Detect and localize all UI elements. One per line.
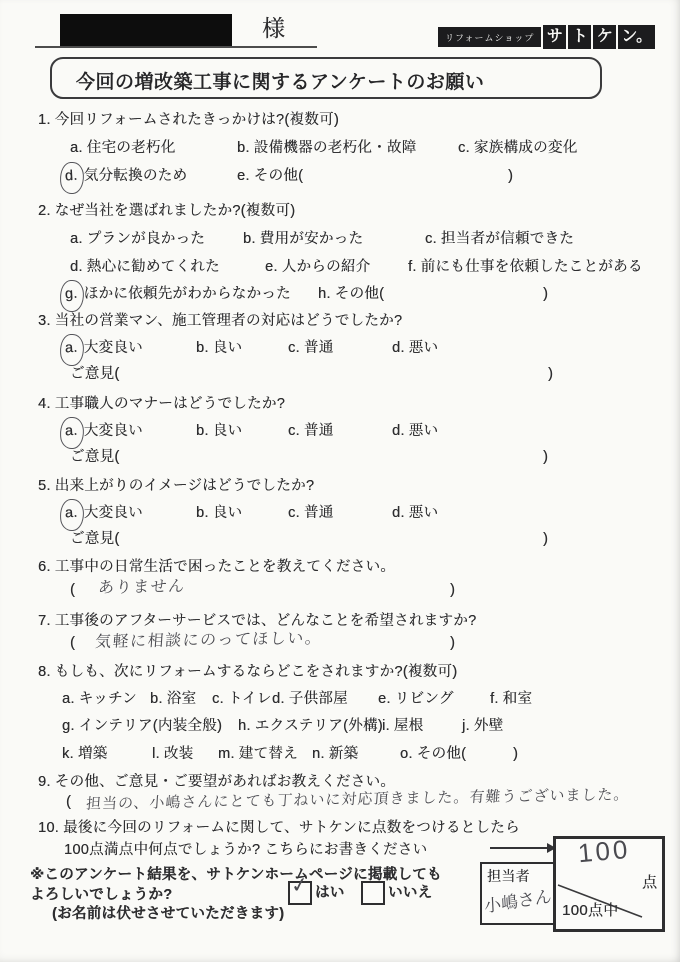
q1-option-b: b.設備機器の老朽化・故障 — [237, 138, 417, 158]
q3-comment-label: ご意見( — [70, 364, 120, 384]
q8-option-c: c.トイレ — [212, 689, 272, 709]
q1-text: 1.今回リフォームされたきっかけは?(複数可) — [38, 110, 339, 130]
q1-paren-close: ) — [508, 166, 513, 186]
q5-option-b: b.良い — [196, 503, 242, 523]
q3-option-a-circled: a.大変良い — [67, 338, 143, 358]
q4-comment-label: ご意見( — [70, 447, 120, 467]
publish-note-line3: (お名前は伏せさせていただきます) — [52, 904, 284, 924]
handwritten-circle: a. — [59, 498, 84, 531]
q2-option-h: h.その他( — [318, 284, 384, 304]
name-honorific: 様 — [262, 18, 285, 38]
score-denominator-label: 100点中 — [562, 901, 619, 921]
survey-title: 今回の増改築工事に関するアンケートのお願い — [76, 67, 484, 94]
q8-option-a: a.キッチン — [62, 689, 137, 709]
q8-paren-close: ) — [513, 744, 518, 764]
q8-option-j: j.外壁 — [462, 716, 503, 736]
q8-option-g: g.インテリア(内装全般) — [62, 716, 222, 736]
q2-option-g-circled: g.ほかに依頼先がわからなかった — [67, 284, 291, 304]
q2-option-b: b.費用が安かった — [243, 229, 363, 249]
handwritten-circle: a. — [59, 333, 84, 366]
handwritten-circle: g. — [59, 279, 84, 312]
q8-option-b: b.浴室 — [150, 689, 196, 709]
q5-option-d: d.悪い — [392, 503, 438, 523]
q5-option-c: c.普通 — [288, 503, 334, 523]
handwritten-circle: a. — [59, 416, 84, 449]
q6-paren-open: ( — [70, 580, 75, 600]
score-value-handwritten: 100 — [577, 839, 631, 863]
q3-option-b: b.良い — [196, 338, 242, 358]
staff-box: 担当者 小嶋さん — [480, 862, 557, 925]
publish-note-line2: よろしいでしょうか? — [30, 885, 172, 905]
q5-comment-label: ご意見( — [70, 529, 120, 549]
q2-text: 2.なぜ当社を選ばれましたか?(複数可) — [38, 201, 295, 221]
arrow-line — [490, 847, 547, 849]
q4-option-d: d.悪い — [392, 421, 438, 441]
q6-text: 6.工事中の日常生活で困ったことを教えてください。 — [38, 557, 395, 577]
q8-option-m: m.建て替え — [218, 744, 298, 764]
q6-handwritten-answer: ありません — [97, 577, 186, 599]
q8-text: 8.もしも、次にリフォームするならどこをされますか?(複数可) — [38, 662, 457, 682]
logo-brand-char: ト — [568, 25, 591, 49]
q8-option-i: i.屋根 — [382, 716, 423, 736]
q2-option-c: c.担当者が信頼できた — [425, 229, 574, 249]
q4-option-c: c.普通 — [288, 421, 334, 441]
checkbox-yes-label: はい — [315, 883, 345, 903]
q7-text: 7.工事後のアフターサービスでは、どんなことを希望されますか? — [38, 611, 476, 631]
q8-option-f: f.和室 — [490, 689, 532, 709]
score-unit-label: 点 — [642, 873, 657, 893]
redacted-name-box — [60, 14, 232, 47]
q2-option-e: e.人からの紹介 — [265, 257, 371, 277]
q1-option-d-circled: d.気分転換のため — [67, 166, 187, 186]
staff-label: 担当者 — [487, 866, 530, 886]
q4-option-b: b.良い — [196, 421, 242, 441]
q10-text-line1: 10.最後に今回のリフォームに関して、サトケンに点数をつけるとしたら — [38, 818, 520, 838]
q3-option-c: c.普通 — [288, 338, 334, 358]
q2-option-f: f.前にも仕事を依頼したことがある — [408, 257, 643, 277]
q4-text: 4.工事職人のマナーはどうでしたか? — [38, 394, 285, 414]
q1-option-a: a.住宅の老朽化 — [70, 138, 176, 158]
logo-brand-char: サ — [543, 25, 566, 49]
q1-option-c: c.家族構成の変化 — [458, 138, 578, 158]
q4-paren-close: ) — [543, 447, 548, 467]
q7-paren-close: ) — [450, 633, 455, 653]
q2-paren-close: ) — [543, 284, 548, 304]
name-underline — [35, 46, 317, 48]
q3-paren-close: ) — [548, 364, 553, 384]
q7-handwritten-answer: 気軽に相談にのってほしい。 — [94, 629, 323, 653]
q8-option-o: o.その他( — [400, 744, 466, 764]
checkbox-no-label: いいえ — [388, 883, 432, 903]
q4-option-a-circled: a.大変良い — [67, 421, 143, 441]
q8-option-k: k.増築 — [62, 744, 108, 764]
q6-paren-close: ) — [450, 580, 455, 600]
q5-paren-close: ) — [543, 529, 548, 549]
checkbox-no — [361, 881, 385, 905]
q7-paren-open: ( — [70, 633, 75, 653]
survey-scan-page: 様 リフォームショップ サ ト ケ ン。 今回の増改築工事に関するアンケートのお… — [0, 0, 680, 962]
q3-option-d: d.悪い — [392, 338, 438, 358]
q10-text-line2: 100点満点中何点でしょうか? こちらにお書きください — [64, 840, 427, 860]
satoken-logo: リフォームショップ サ ト ケ ン。 — [438, 24, 655, 50]
q8-option-d: d.子供部屋 — [272, 689, 348, 709]
q9-text: 9.その他、ご意見・ご要望があればお教えください。 — [38, 772, 395, 792]
score-box: 100 点 100点中 — [553, 836, 665, 932]
q8-option-e: e.リビング — [378, 689, 454, 709]
logo-brand-char: ン。 — [618, 25, 655, 49]
staff-signature-handwritten: 小嶋さん — [484, 887, 552, 918]
survey-title-box: 今回の増改築工事に関するアンケートのお願い — [50, 57, 602, 99]
q2-option-d: d.熱心に勧めてくれた — [70, 257, 220, 277]
q1-option-e: e.その他( — [237, 166, 303, 186]
q3-text: 3.当社の営業マン、施工管理者の対応はどうでしたか? — [38, 311, 402, 331]
logo-brand-char: ケ — [593, 25, 616, 49]
q2-option-a: a.プランが良かった — [70, 229, 205, 249]
q9-paren-open: ( — [66, 792, 71, 812]
q5-option-a-circled: a.大変良い — [67, 503, 143, 523]
logo-shop-label: リフォームショップ — [438, 27, 541, 47]
checkmark-yes: ✓ — [290, 875, 312, 897]
q8-option-n: n.新築 — [312, 744, 358, 764]
handwritten-circle: d. — [59, 161, 84, 194]
q5-text: 5.出来上がりのイメージはどうでしたか? — [38, 476, 314, 496]
q8-option-h: h.エクステリア(外構) — [238, 716, 383, 736]
q8-option-l: l.改装 — [152, 744, 193, 764]
